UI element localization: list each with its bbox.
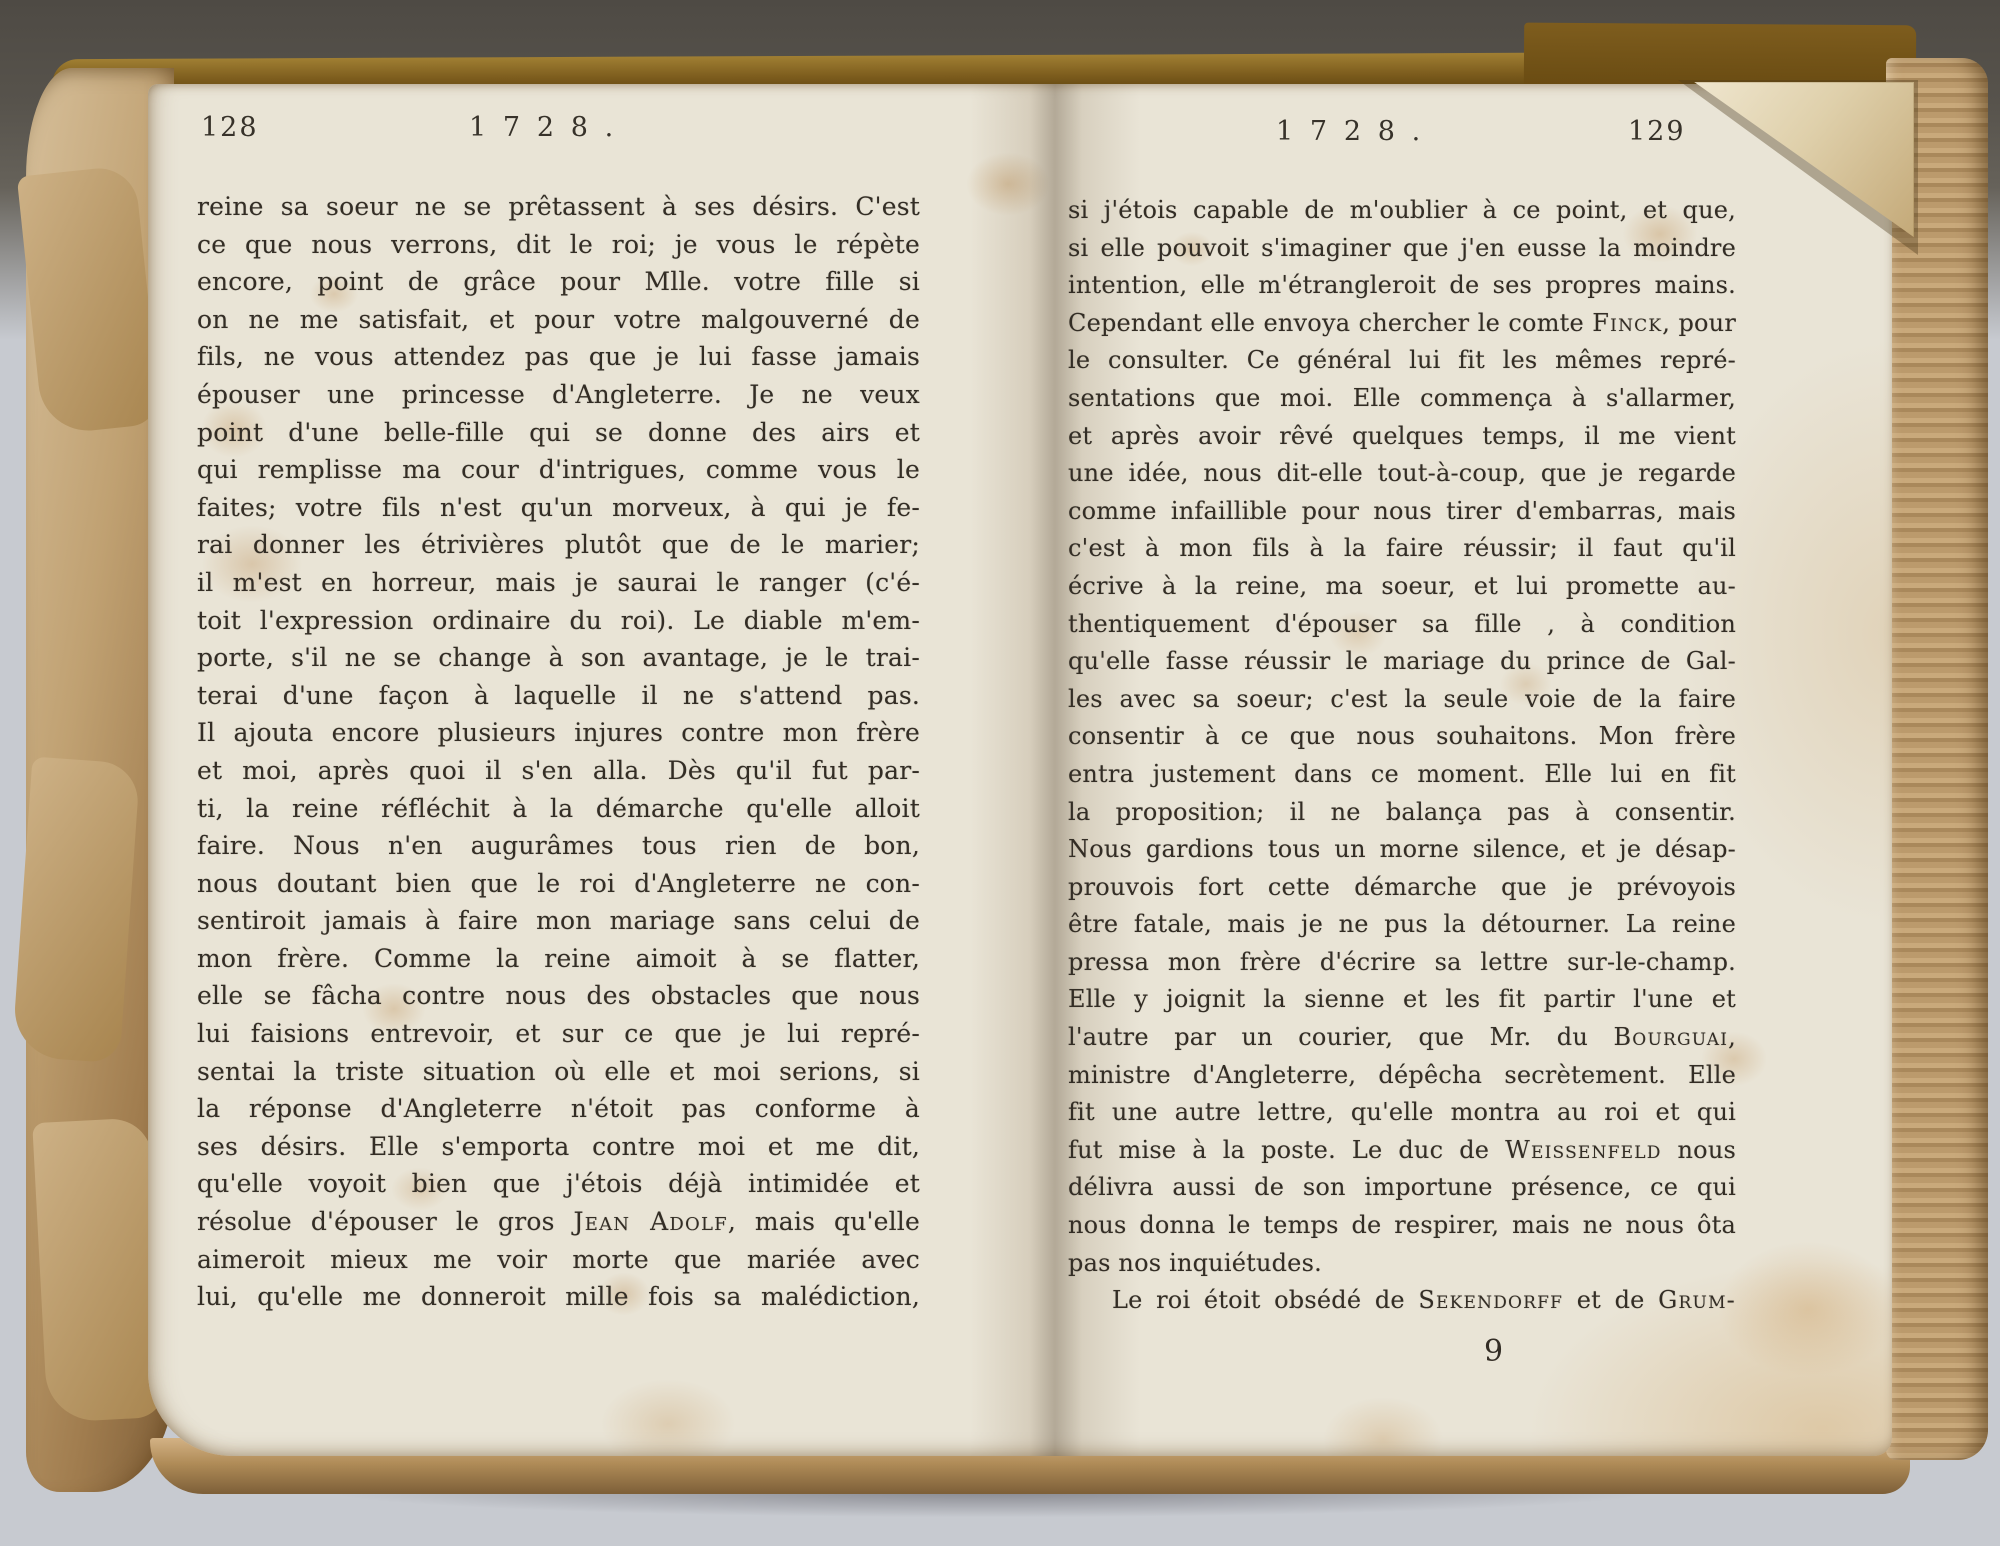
text-line: fut mise à la poste. Le duc de Weissenfe… [1068, 1132, 1736, 1170]
text-line: fit une autre lettre, qu'elle montra au … [1068, 1094, 1736, 1132]
text-line: la réponse d'Angleterre n'étoit pas conf… [197, 1090, 920, 1128]
text-line: le consulter. Ce général lui fit les mêm… [1068, 342, 1736, 380]
text-line: résolue d'épouser le gros Jean Adolf, ma… [197, 1203, 920, 1241]
text-line: comme infaillible pour nous tirer d'emba… [1068, 493, 1736, 531]
text-line: l'autre par un courier, que Mr. du Bourg… [1068, 1019, 1736, 1057]
text-line: Cependant elle envoya chercher le comte … [1068, 305, 1736, 343]
text-line: ce que nous verrons, dit le roi; je vous… [197, 226, 920, 264]
torn-edge-fragment [12, 757, 141, 1064]
text-line: une idée, nous dit-elle tout-à-coup, que… [1068, 455, 1736, 493]
text-line: si elle pouvoit s'imaginer que j'en euss… [1068, 230, 1736, 268]
text-line: si j'étois capable de m'oublier à ce poi… [1068, 192, 1736, 230]
text-line: rai donner les étrivières plutôt que de … [197, 526, 920, 564]
text-line: Elle y joignit la sienne et les fit part… [1068, 981, 1736, 1019]
text-line: intention, elle m'étrangleroit de ses pr… [1068, 267, 1736, 305]
text-line: faire. Nous n'en augurâmes tous rien de … [197, 827, 920, 865]
text-line: nous donna le temps de respirer, mais ne… [1068, 1207, 1736, 1245]
text-line: reine sa soeur ne se prêtassent à ses dé… [197, 188, 920, 226]
signature-mark: 9 [1484, 1334, 1503, 1369]
text-line: Nous gardions tous un morne silence, et … [1068, 831, 1736, 869]
page-number-right: 129 [1628, 116, 1686, 147]
text-line: épouser une princesse d'Angleterre. Je n… [197, 376, 920, 414]
text-line: thentiquement d'épouser sa fille , à con… [1068, 606, 1736, 644]
text-line: sentiroit jamais à faire mon mariage san… [197, 902, 920, 940]
page-text-left: reine sa soeur ne se prêtassent à ses dé… [197, 188, 920, 1316]
text-line: écrive à la reine, ma soeur, et lui prom… [1068, 568, 1736, 606]
small-caps-name: Sekendorff [1418, 1286, 1563, 1314]
torn-edge-fragment [32, 1117, 166, 1423]
text-line: les avec sa soeur; c'est la seule voie d… [1068, 681, 1736, 719]
page-number-left: 128 [201, 112, 259, 143]
text-line: lui faisions entrevoir, et sur ce que je… [197, 1015, 920, 1053]
text-line: faites; votre fils n'est qu'un morveux, … [197, 489, 920, 527]
text-line: on ne me satisfait, et pour votre malgou… [197, 301, 920, 339]
text-line: mon frère. Comme la reine aimoit à se fl… [197, 940, 920, 978]
text-line: ses désirs. Elle s'emporta contre moi et… [197, 1128, 920, 1166]
text-line: délivra aussi de son importune présence,… [1068, 1169, 1736, 1207]
text-line: pas nos inquiétudes. [1068, 1245, 1736, 1283]
text-line: c'est à mon fils à la faire réussir; il … [1068, 530, 1736, 568]
text-line: terai d'une façon à laquelle il ne s'att… [197, 677, 920, 715]
text-line: elle se fâcha contre nous des obstacles … [197, 977, 920, 1015]
text-line: consentir à ce que nous souhaitons. Mon … [1068, 718, 1736, 756]
text-line: Le roi étoit obsédé de Sekendorff et de … [1068, 1282, 1736, 1320]
page-header-left: 128 1728. [197, 112, 920, 152]
small-caps-name: Jean Adolf [574, 1207, 728, 1236]
text-line: qui remplisse ma cour d'intrigues, comme… [197, 451, 920, 489]
text-line: nous doutant bien que le roi d'Angleterr… [197, 865, 920, 903]
text-line: ministre d'Angleterre, dépêcha secrèteme… [1068, 1057, 1736, 1095]
text-line: entra justement dans ce moment. Elle lui… [1068, 756, 1736, 794]
text-line: lui, qu'elle me donneroit mille fois sa … [197, 1278, 920, 1316]
text-line: fils, ne vous attendez pas que je lui fa… [197, 338, 920, 376]
text-line: prouvois fort cette démarche que je prév… [1068, 869, 1736, 907]
text-line: il m'est en horreur, mais je saurai le r… [197, 564, 920, 602]
text-line: porte, s'il ne se change à son avantage,… [197, 639, 920, 677]
text-line: aimeroit mieux me voir morte que mariée … [197, 1241, 920, 1279]
small-caps-name: Finck [1592, 309, 1662, 337]
text-line: Il ajouta encore plusieurs injures contr… [197, 714, 920, 752]
text-line: point d'une belle-fille qui se donne des… [197, 414, 920, 452]
running-head-right: 1728. [1276, 116, 1437, 147]
photo-of-open-book: 128 1728. reine sa soeur ne se prêtassen… [0, 0, 2000, 1546]
small-caps-name: Grum- [1658, 1286, 1736, 1314]
small-caps-name: Weissenfeld [1505, 1136, 1661, 1164]
text-line: toit l'expression ordinaire du roi). Le … [197, 602, 920, 640]
text-line: ti, la reine réfléchit à la démarche qu'… [197, 790, 920, 828]
text-line: et moi, après quoi il s'en alla. Dès qu'… [197, 752, 920, 790]
fore-edge-right [1886, 58, 1988, 1460]
text-line: être fatale, mais je ne pus la détourner… [1068, 906, 1736, 944]
text-line: et après avoir rêvé quelques temps, il m… [1068, 418, 1736, 456]
text-line: sentations que moi. Elle commença à s'al… [1068, 380, 1736, 418]
text-line: sentai la triste situation où elle et mo… [197, 1053, 920, 1091]
page-text-right: si j'étois capable de m'oublier à ce poi… [1068, 192, 1736, 1320]
text-line: qu'elle fasse réussir le mariage du prin… [1068, 643, 1736, 681]
running-head-left: 1728. [469, 112, 630, 143]
text-line: la proposition; il ne balança pas à cons… [1068, 794, 1736, 832]
text-line: qu'elle voyoit bien que j'étois déjà int… [197, 1165, 920, 1203]
text-line: pressa mon frère d'écrire sa lettre sur-… [1068, 944, 1736, 982]
small-caps-name: Bourguai [1613, 1023, 1728, 1051]
text-line: encore, point de grâce pour Mlle. votre … [197, 263, 920, 301]
page-header-right: 1728. 129 [1068, 116, 1736, 156]
